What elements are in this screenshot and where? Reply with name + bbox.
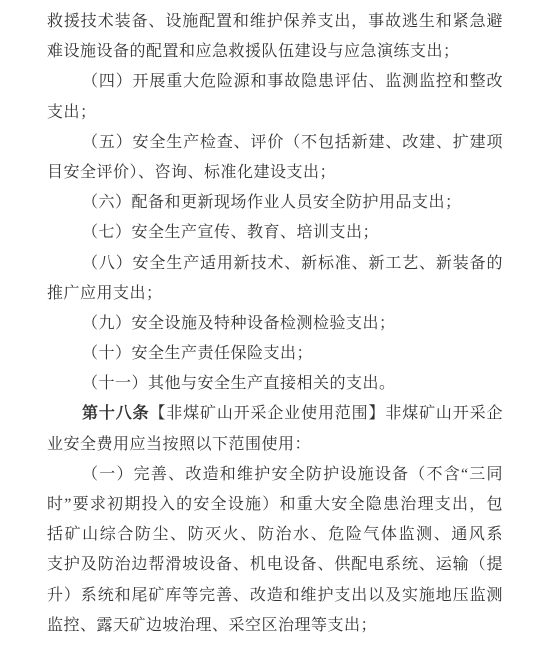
text-line: 目安全评价）、咨询、标准化建设支出； [47, 158, 503, 188]
text-line: 第十八条【非煤矿山开采企业使用范围】非煤矿山开采企 [47, 399, 503, 429]
text-line: （六）配备和更新现场作业人员安全防护用品支出； [47, 188, 503, 218]
text-line: 监控、露天矿边坡治理、采空区治理等支出； [47, 611, 503, 641]
text-line: 升）系统和尾矿库等完善、改造和维护支出以及实施地压监测 [47, 581, 503, 611]
text-segment: 业安全费用应当按照以下范围使用： [47, 436, 311, 453]
text-line: 业安全费用应当按照以下范围使用： [47, 430, 503, 460]
text-segment: （七）安全生产宣传、教育、培训支出； [82, 224, 379, 241]
text-line: 支护及防治边帮滑坡设备、机电设备、供配电系统、运输（提 [47, 550, 503, 580]
text-line: 括矿山综合防尘、防灭火、防治水、危险气体监测、通风系统、 [47, 520, 503, 550]
text-line: （五）安全生产检查、评价（不包括新建、改建、扩建项 [47, 128, 503, 158]
text-line: （十）安全生产责任保险支出； [47, 339, 503, 369]
text-segment: 支出； [47, 104, 97, 121]
text-line: （九）安全设施及特种设备检测检验支出； [47, 309, 503, 339]
text-line: （七）安全生产宣传、教育、培训支出； [47, 218, 503, 248]
text-segment: 升）系统和尾矿库等完善、改造和维护支出以及实施地压监测 [47, 587, 503, 604]
text-line: （八）安全生产适用新技术、新标准、新工艺、新装备的 [47, 249, 503, 279]
text-segment: （十）安全生产责任保险支出； [82, 345, 313, 362]
text-segment: 支护及防治边帮滑坡设备、机电设备、供配电系统、运输（提 [47, 556, 503, 573]
text-segment: （四）开展重大危险源和事故隐患评估、监测监控和整改 [82, 73, 503, 90]
text-segment: 【非煤矿山开采企业使用范围】非煤矿山开采企 [149, 405, 503, 422]
text-segment: 时”要求初期投入的安全设施）和重大安全隐患治理支出，包 [47, 496, 503, 513]
document-page: 救援技术装备、设施配置和维护保养支出，事故逃生和紧急避难设施设备的配置和应急救援… [0, 0, 538, 647]
text-segment: 括矿山综合防尘、防灭火、防治水、危险气体监测、通风系统、 [47, 526, 503, 550]
text-segment: 监控、露天矿边坡治理、采空区治理等支出； [47, 617, 377, 634]
text-segment: （五）安全生产检查、评价（不包括新建、改建、扩建项 [82, 134, 503, 151]
document-body: 救援技术装备、设施配置和维护保养支出，事故逃生和紧急避难设施设备的配置和应急救援… [47, 7, 503, 641]
text-line: （四）开展重大危险源和事故隐患评估、监测监控和整改 [47, 67, 503, 97]
text-segment: （一）完善、改造和维护安全防护设施设备（不含“三同 [82, 466, 503, 483]
text-line: 救援技术装备、设施配置和维护保养支出，事故逃生和紧急避 [47, 7, 503, 37]
text-segment: 难设施设备的配置和应急救援队伍建设与应急演练支出； [47, 43, 460, 60]
text-segment: 推广应用支出； [47, 285, 163, 302]
text-line: （十一）其他与安全生产直接相关的支出。 [47, 369, 503, 399]
text-segment: （六）配备和更新现场作业人员安全防护用品支出； [82, 194, 462, 211]
text-segment: （十一）其他与安全生产直接相关的支出。 [82, 375, 396, 392]
text-line: 难设施设备的配置和应急救援队伍建设与应急演练支出； [47, 37, 503, 67]
text-segment: （八）安全生产适用新技术、新标准、新工艺、新装备的 [82, 255, 503, 272]
text-line: 支出； [47, 98, 503, 128]
text-line: 时”要求初期投入的安全设施）和重大安全隐患治理支出，包 [47, 490, 503, 520]
text-segment: 救援技术装备、设施配置和维护保养支出，事故逃生和紧急避 [47, 13, 503, 30]
text-segment: （九）安全设施及特种设备检测检验支出； [82, 315, 396, 332]
text-segment: 目安全评价）、咨询、标准化建设支出； [47, 164, 336, 181]
text-line: （一）完善、改造和维护安全防护设施设备（不含“三同 [47, 460, 503, 490]
article-number-bold: 第十八条 [82, 405, 149, 422]
text-line: 推广应用支出； [47, 279, 503, 309]
